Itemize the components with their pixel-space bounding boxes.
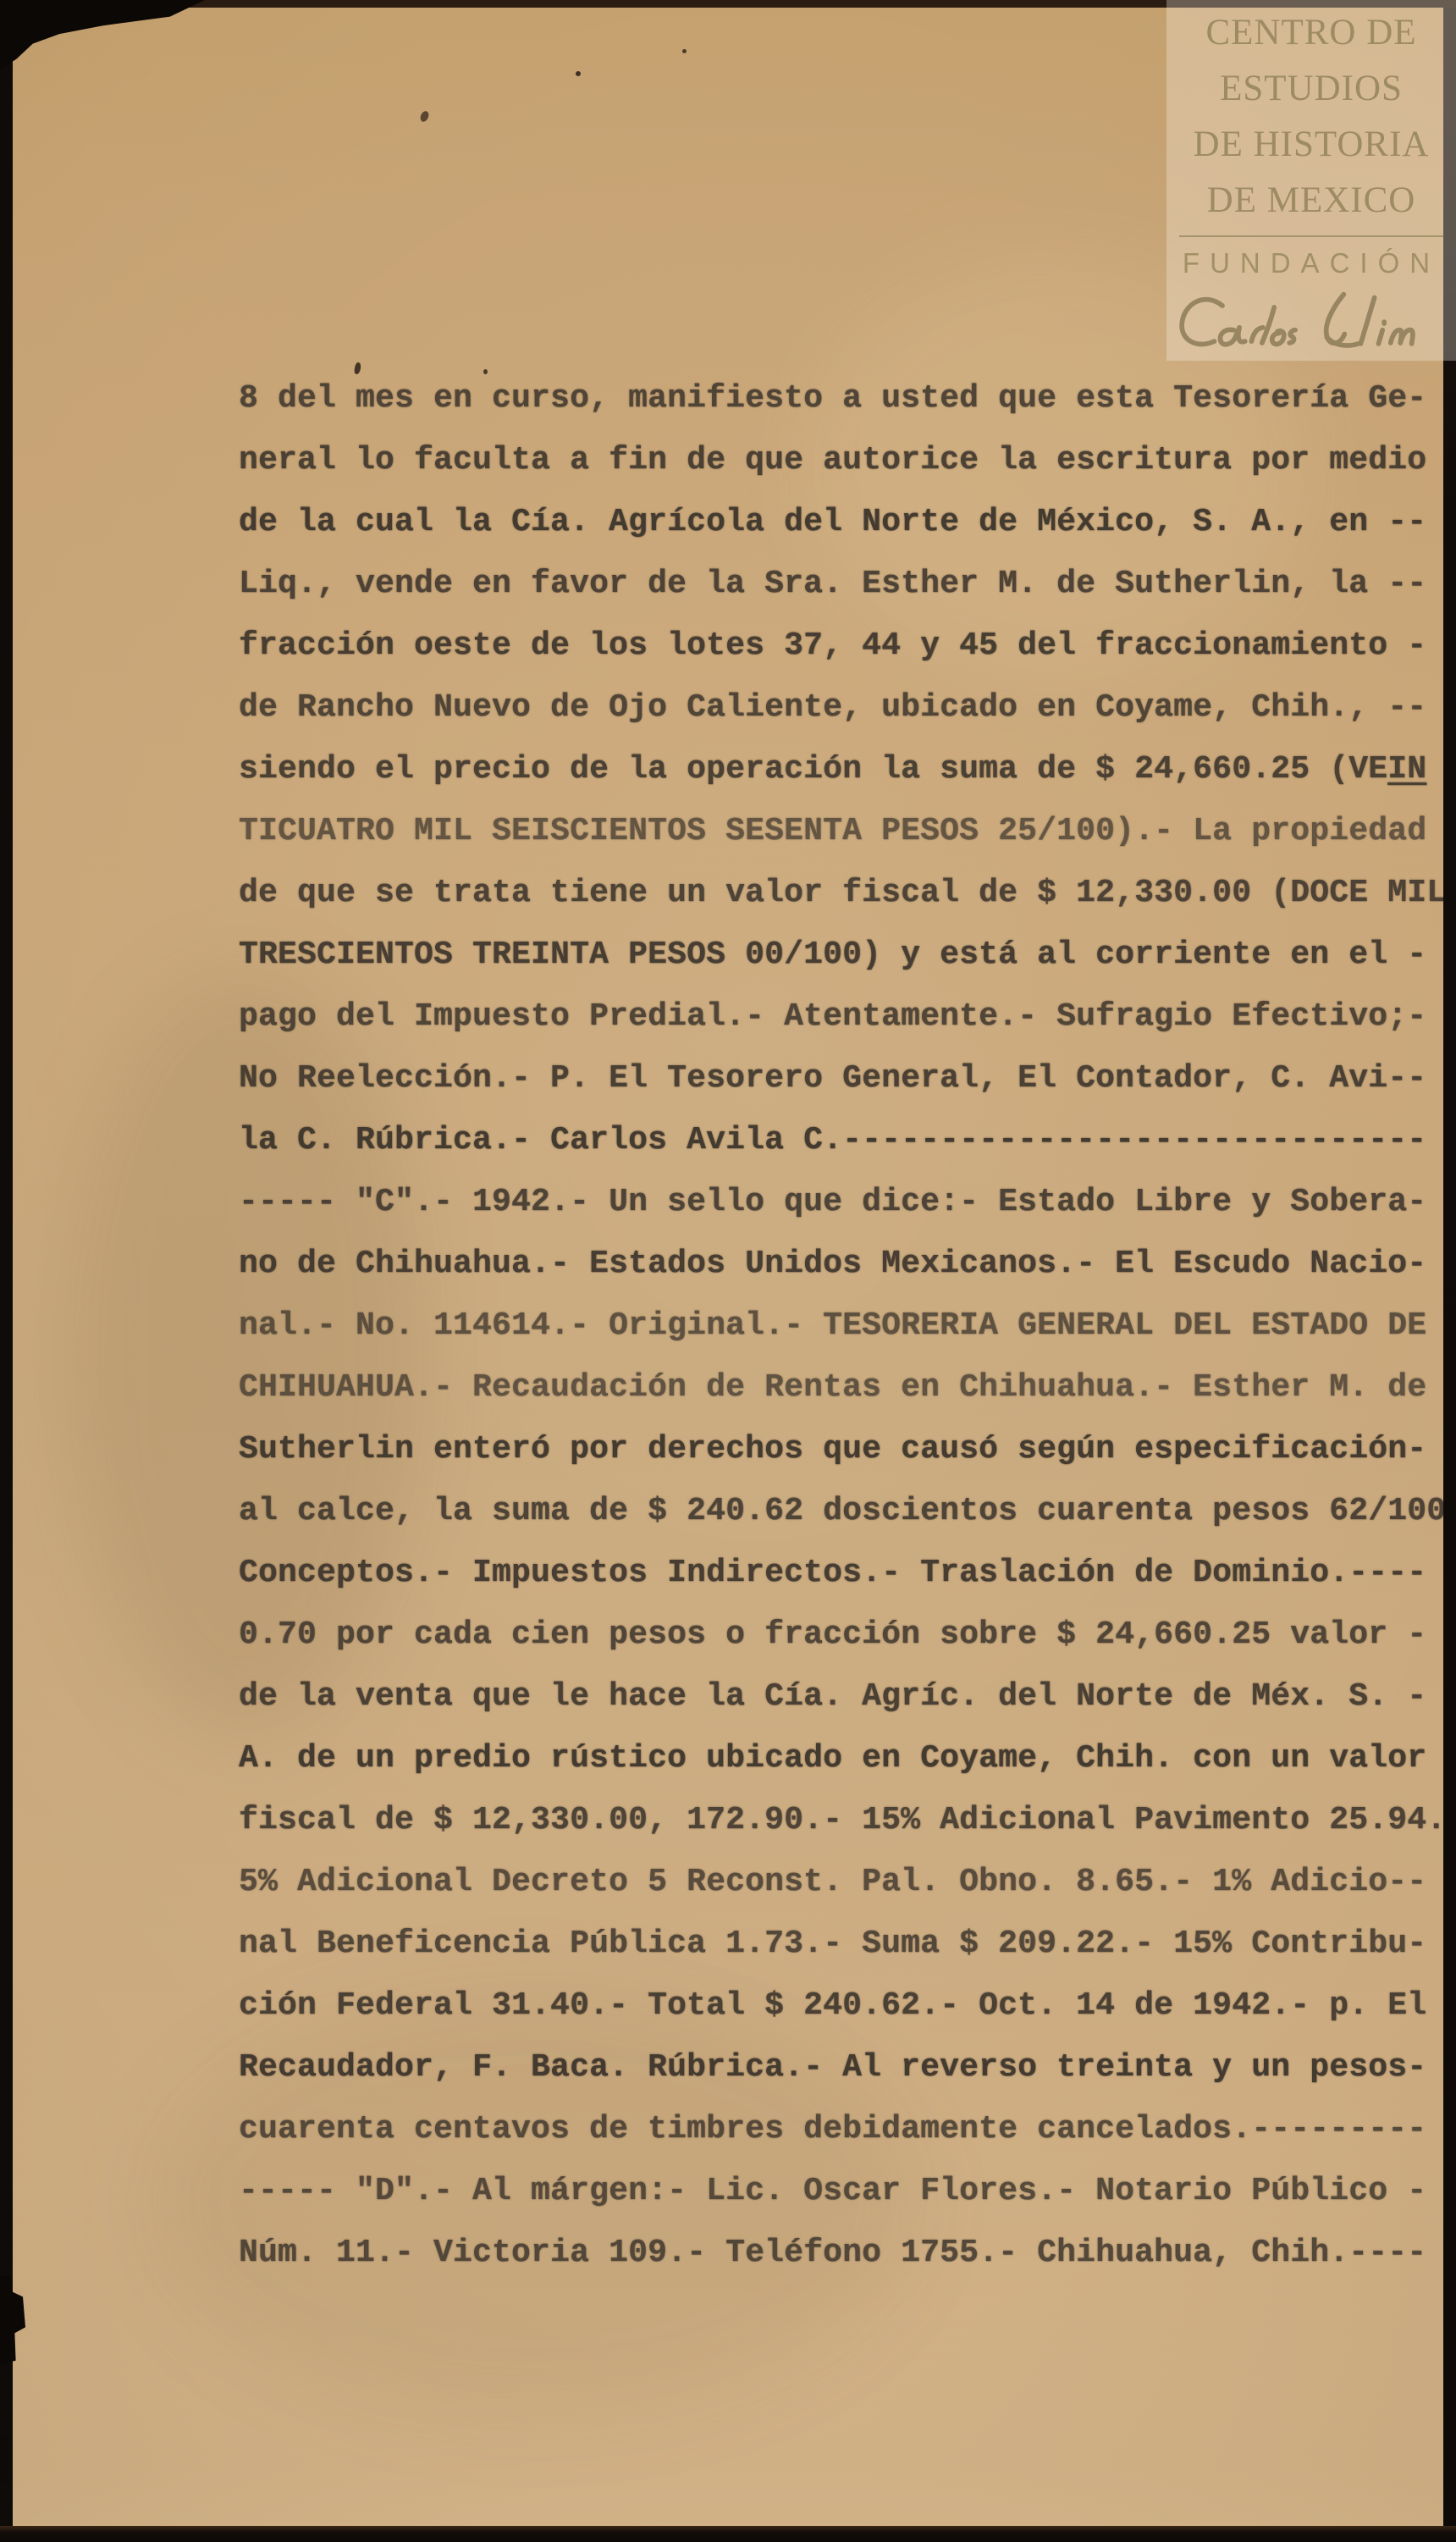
watermark-line: CENTRO DE	[1166, 5, 1456, 61]
watermark-line: ESTUDIOS	[1166, 61, 1456, 117]
text-line: 0.70 por cada cien pesos o fracción sobr…	[239, 1604, 1456, 1666]
ink-speck	[1260, 1002, 1265, 1006]
torn-corner-top-left	[0, 0, 205, 69]
scan-edge-right	[1443, 0, 1456, 2542]
scan-edge-left	[0, 0, 13, 2542]
text-line: TICUATRO MIL SEISCIENTOS SESENTA PESOS 2…	[239, 800, 1456, 862]
watermark-divider	[1179, 235, 1443, 237]
text-line: Recaudador, F. Baca. Rúbrica.- Al revers…	[239, 2036, 1456, 2098]
torn-edge-left	[0, 2276, 25, 2374]
text-line: 8 del mes en curso, manifiesto a usted q…	[239, 367, 1456, 429]
text-line: Sutherlin enteró por derechos que causó …	[239, 1418, 1456, 1480]
ink-speck	[419, 110, 431, 124]
text-line: fracción oeste de los lotes 37, 44 y 45 …	[239, 615, 1456, 677]
scan-edge-bottom	[0, 2526, 1456, 2542]
text-line: siendo el precio de la operación la suma…	[239, 738, 1456, 800]
text-line: A. de un predio rústico ubicado en Coyam…	[239, 1727, 1456, 1789]
text-line: de la venta que le hace la Cía. Agríc. d…	[239, 1666, 1456, 1727]
text-line: ----- "D".- Al márgen:- Lic. Oscar Flore…	[239, 2160, 1456, 2222]
text-line: fiscal de $ 12,330.00, 172.90.- 15% Adic…	[239, 1789, 1456, 1851]
text-line: cuarenta centavos de timbres debidamente…	[239, 2098, 1456, 2160]
text-line: la C. Rúbrica.- Carlos Avila C.---------…	[239, 1109, 1456, 1171]
text-line: nal Beneficencia Pública 1.73.- Suma $ 2…	[239, 1913, 1456, 1975]
text-line: TRESCIENTOS TREINTA PESOS 00/100) y está…	[239, 924, 1456, 986]
text-line: Conceptos.- Impuestos Indirectos.- Trasl…	[239, 1542, 1456, 1604]
text-line: no de Chihuahua.- Estados Unidos Mexican…	[239, 1233, 1456, 1295]
torn-edge-left-small	[0, 2435, 8, 2483]
scanned-document-page: 8 del mes en curso, manifiesto a usted q…	[0, 0, 1456, 2542]
ink-speck	[682, 49, 687, 53]
watermark-line: DE MEXICO	[1166, 173, 1456, 229]
text-line: nal.- No. 114614.- Original.- TESORERIA …	[239, 1295, 1456, 1357]
text-line: de Rancho Nuevo de Ojo Caliente, ubicado…	[239, 677, 1456, 738]
text-line: de la cual la Cía. Agrícola del Norte de…	[239, 491, 1456, 553]
text-line: Núm. 11.- Victoria 109.- Teléfono 1755.-…	[239, 2222, 1456, 2284]
ink-speck	[576, 71, 581, 76]
text-line: No Reelección.- P. El Tesorero General, …	[239, 1047, 1456, 1109]
text-line: ----- "C".- 1942.- Un sello que dice:- E…	[239, 1171, 1456, 1233]
text-line: ción Federal 31.40.- Total $ 240.62.- Oc…	[239, 1975, 1456, 2036]
text-line: 5% Adicional Decreto 5 Reconst. Pal. Obn…	[239, 1851, 1456, 1913]
document-text: 8 del mes en curso, manifiesto a usted q…	[239, 367, 1456, 2284]
ink-speck	[483, 369, 488, 374]
text-line: al calce, la suma de $ 240.62 doscientos…	[239, 1480, 1456, 1542]
text-line: CHIHUAHUA.- Recaudación de Rentas en Chi…	[239, 1357, 1456, 1418]
text-line: neral lo faculta a fin de que autorice l…	[239, 429, 1456, 491]
carlos-slim-signature	[1172, 288, 1456, 361]
watermark-line: DE HISTORIA	[1166, 117, 1456, 173]
text-line: de que se trata tiene un valor fiscal de…	[239, 862, 1456, 924]
text-line: Liq., vende en favor de la Sra. Esther M…	[239, 553, 1456, 615]
watermark-foundation: FUNDACIÓN	[1166, 247, 1456, 279]
archive-watermark: CENTRO DE ESTUDIOS DE HISTORIA DE MEXICO…	[1166, 0, 1456, 361]
text-line: pago del Impuesto Predial.- Atentamente.…	[239, 986, 1456, 1047]
